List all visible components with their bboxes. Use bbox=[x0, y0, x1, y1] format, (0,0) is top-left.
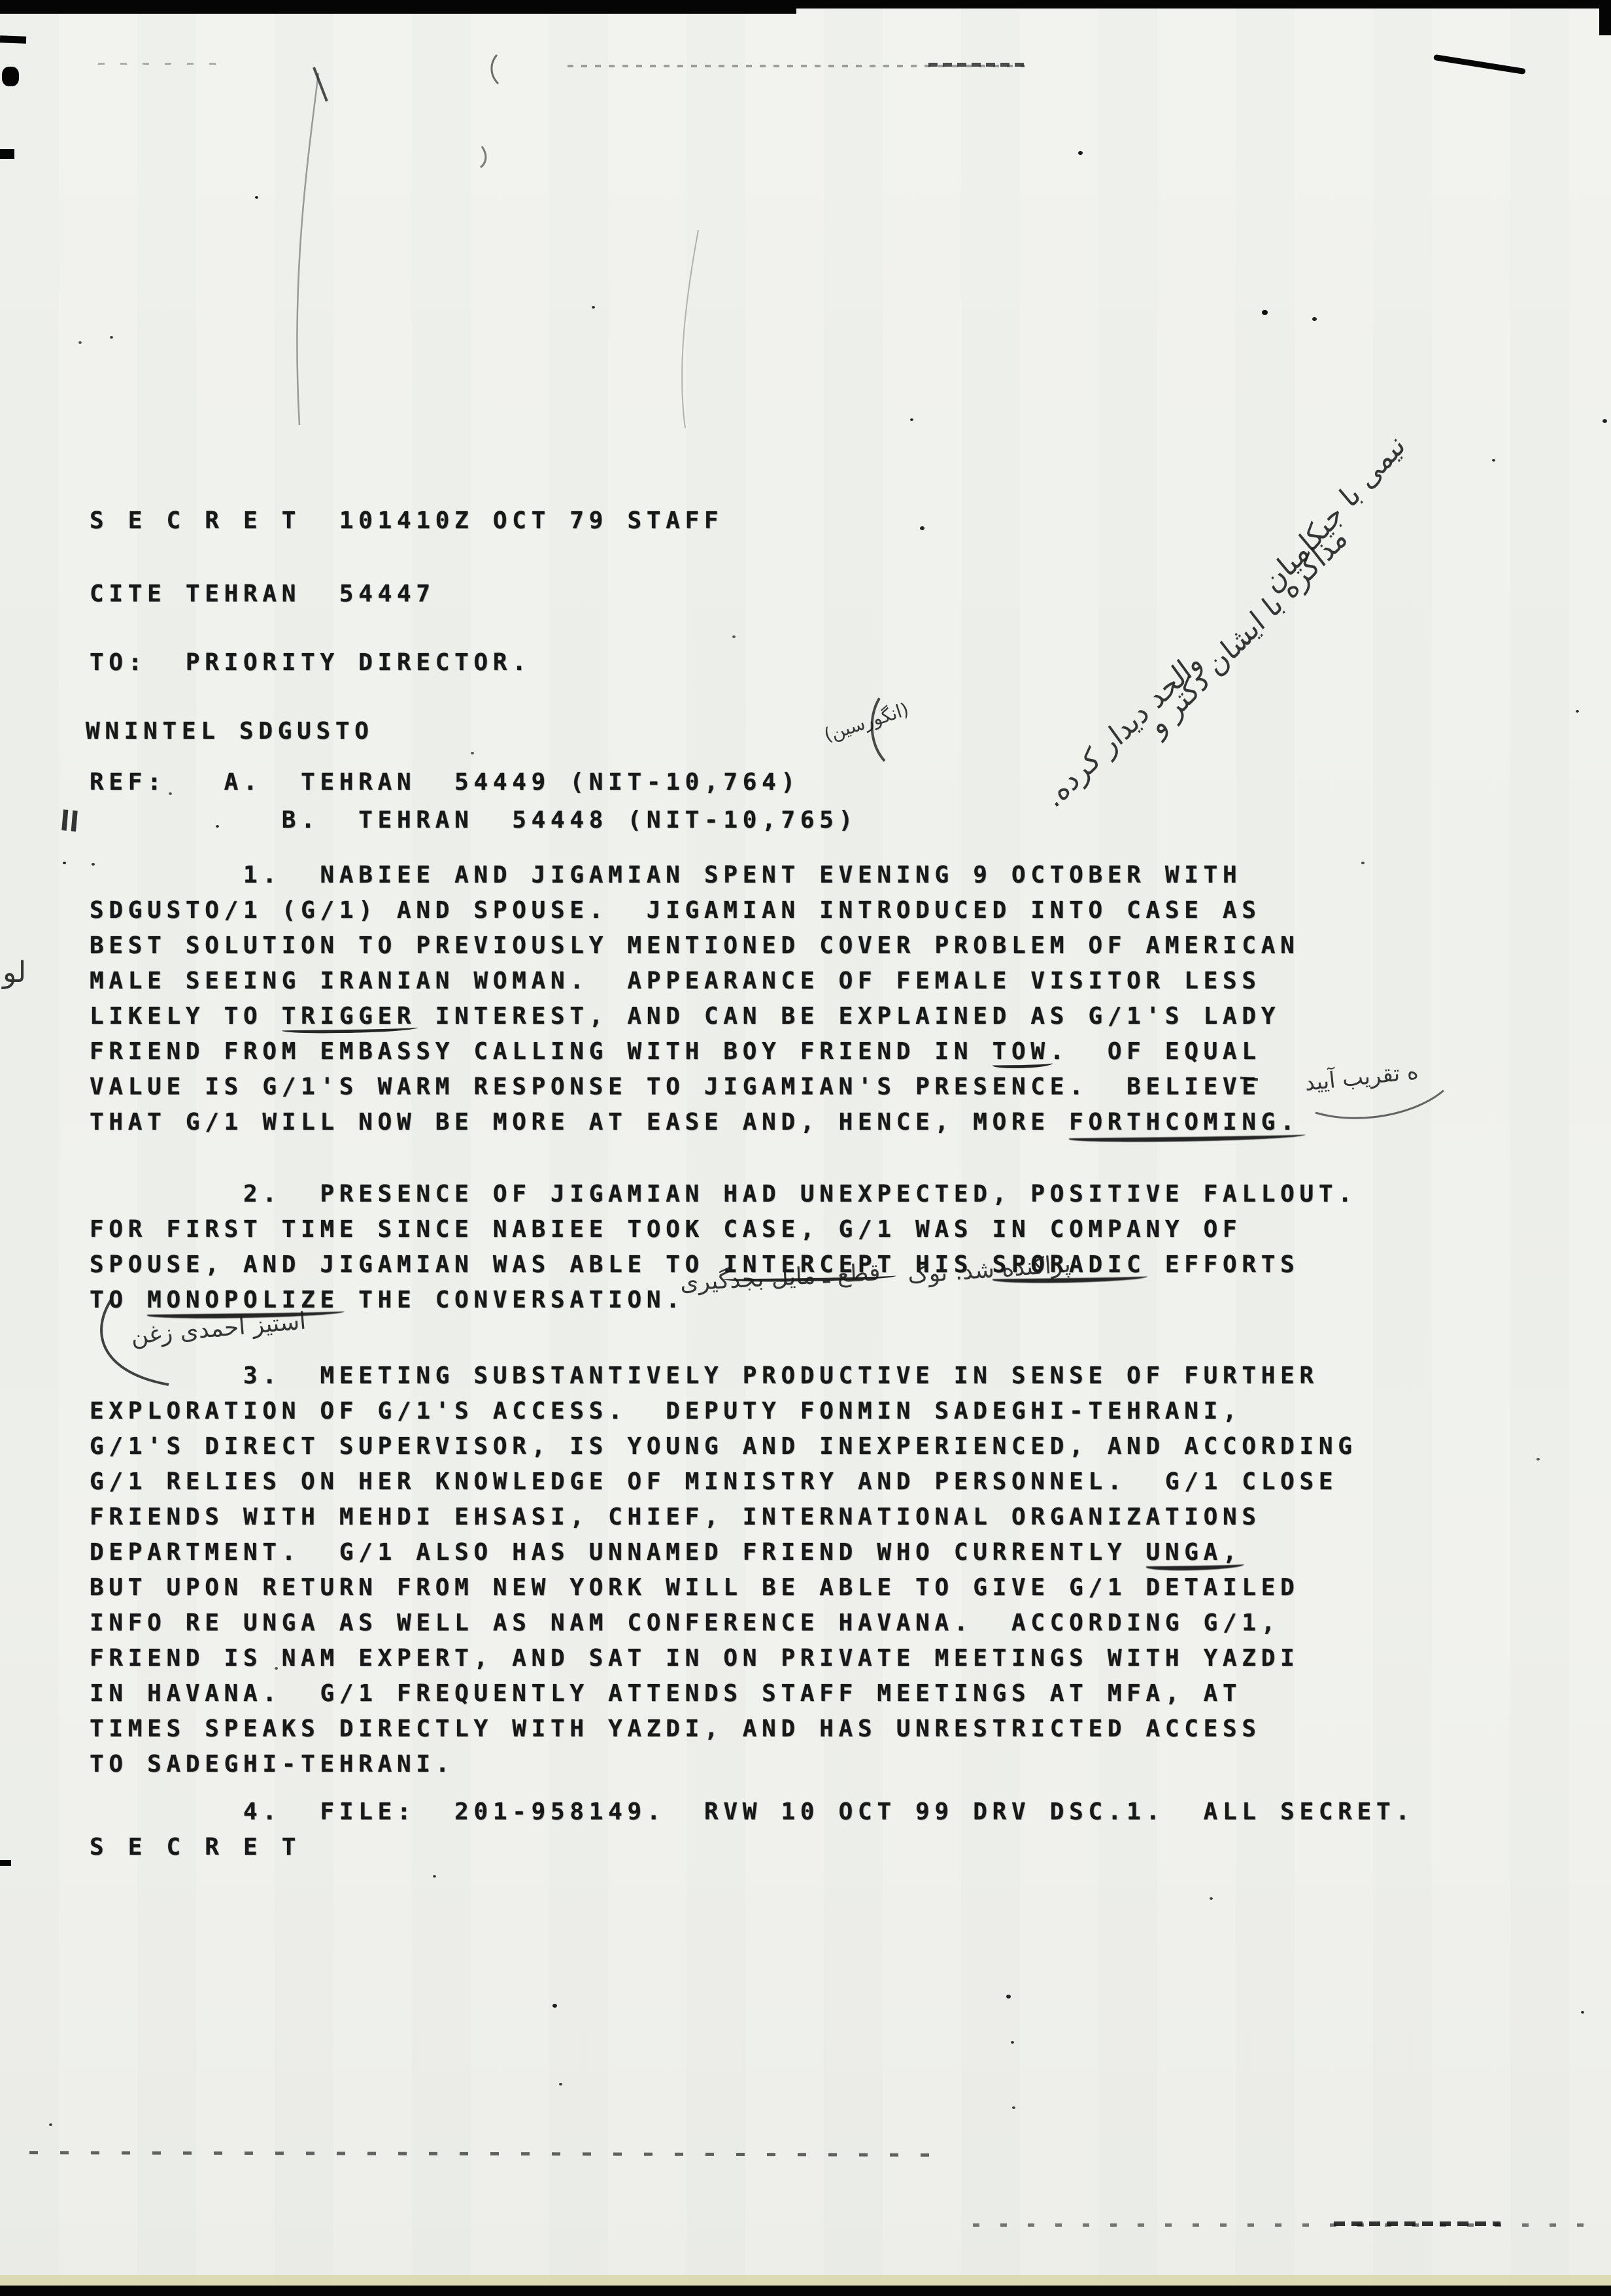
handwritten-margin-mark: لو bbox=[3, 956, 26, 989]
paragraph-1: 1. NABIEE AND JIGAMIAN SPENT EVENING 9 O… bbox=[90, 858, 1300, 1140]
edge-mark bbox=[2, 67, 19, 86]
scan-dotted-line bbox=[98, 63, 222, 65]
handwritten-tick-marks: اا bbox=[59, 805, 80, 838]
handwritten-annotation: والحد دیدار کرده. bbox=[1039, 644, 1208, 815]
crease-overlay bbox=[0, 0, 1611, 2296]
scan-dotted-line bbox=[29, 2151, 941, 2157]
ref-lines: REF: A. TEHRAN 54449 (NIT-10,764) B. TEH… bbox=[90, 764, 858, 839]
to-line: TO: PRIORITY DIRECTOR. bbox=[90, 644, 532, 682]
cite-line: CITE TEHRAN 54447 bbox=[90, 575, 435, 613]
handwritten-annotation: ه تقریب آیید bbox=[1303, 1058, 1419, 1096]
edge-mark bbox=[0, 1860, 11, 1866]
paragraph-4: 4. FILE: 201-958149. RVW 10 OCT 99 DRV D… bbox=[90, 1795, 1415, 1865]
pen-dash-mark bbox=[1433, 54, 1526, 75]
scan-dotted-line bbox=[973, 2223, 1597, 2227]
handwritten-annotation: (انگورسین) bbox=[821, 698, 911, 746]
paper-crease bbox=[297, 73, 318, 425]
scanned-cable-page: S E C R E T 101410Z OCT 79 STAFF CITE TE… bbox=[0, 0, 1611, 2296]
scanner-bottom-tint bbox=[0, 2275, 1611, 2286]
paragraph-2: 2. PRESENCE OF JIGAMIAN HAD UNEXPECTED, … bbox=[90, 1177, 1357, 1318]
pen-stroke bbox=[314, 67, 327, 101]
scan-dotted-line bbox=[1334, 2221, 1501, 2226]
edge-mark bbox=[0, 149, 14, 159]
handwritten-annotation: مذاکره با ایشان دکتر و bbox=[1143, 520, 1353, 743]
classification-line: S E C R E T 101410Z OCT 79 STAFF bbox=[90, 502, 723, 540]
scanner-bottom-bar bbox=[0, 2286, 1611, 2296]
scanner-corner-mark bbox=[1599, 0, 1611, 35]
scan-dotted-line bbox=[928, 63, 1026, 67]
edge-mark bbox=[0, 35, 26, 43]
wnintel-line: WNINTEL SDGUSTO bbox=[86, 713, 374, 751]
pen-stroke bbox=[492, 55, 498, 84]
paragraph-3: 3. MEETING SUBSTANTIVELY PRODUCTIVE IN S… bbox=[90, 1359, 1357, 1782]
handwritten-flourish bbox=[1315, 1090, 1444, 1118]
paper-crease bbox=[682, 230, 698, 428]
pen-stroke bbox=[481, 146, 486, 167]
underline-forthcoming bbox=[1069, 1131, 1306, 1143]
scan-noise-specks bbox=[0, 0, 3, 3]
scanner-top-bar-left bbox=[0, 0, 796, 14]
